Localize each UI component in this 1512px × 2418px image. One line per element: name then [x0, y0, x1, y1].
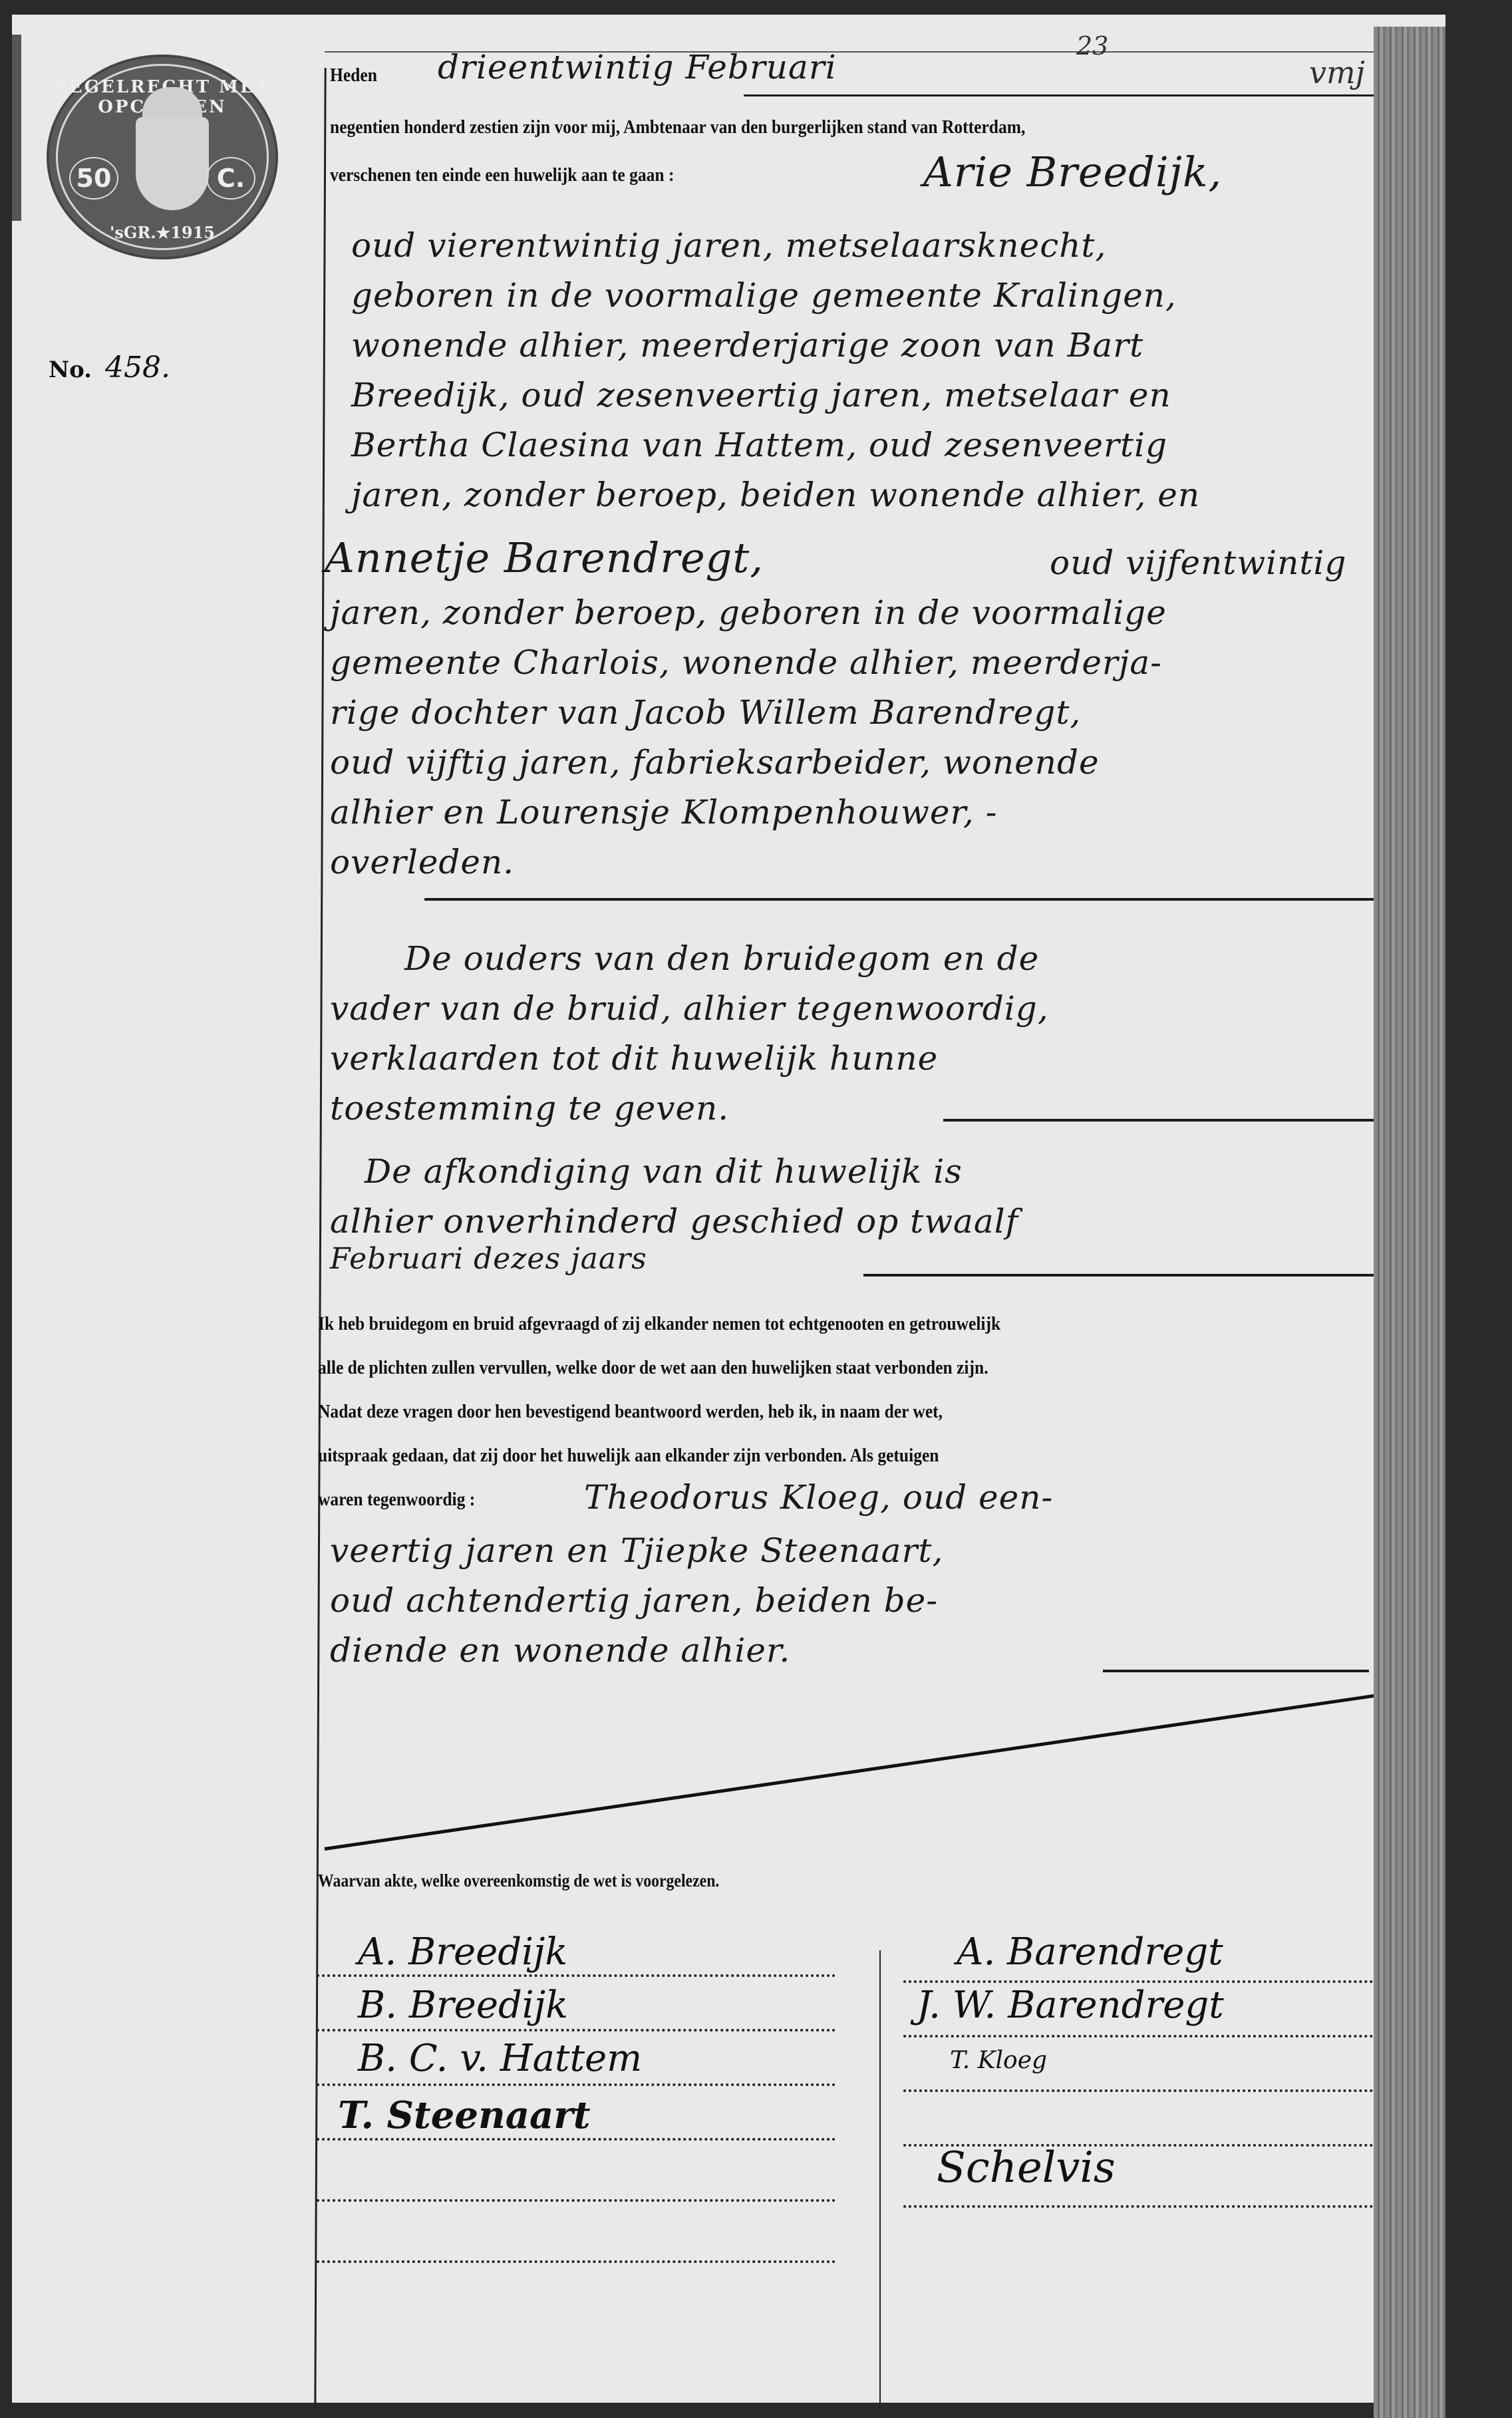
signature-groom-mother: B. C. v. Hattem	[358, 2037, 642, 2080]
hw-date: drieentwintig Februari	[438, 48, 837, 86]
margin-initials: vmj	[1309, 55, 1365, 90]
signature-line	[317, 2138, 835, 2141]
hw-line: verklaarden tot dit huwelijk hunne	[330, 1039, 938, 1078]
record-number-value: 458.	[105, 351, 170, 384]
stamp-value: 50	[69, 157, 118, 200]
groom-name: Arie Breedijk,	[923, 148, 1222, 196]
hw-line: toestemming te geven.	[330, 1089, 729, 1128]
signature-witness: T. Steenaart	[338, 2093, 591, 2137]
revenue-stamp: ZEGELRECHT MET OPCENTEN 50 C. 'sGR.★1915	[47, 55, 278, 259]
hw-line: Februari dezes jaars	[330, 1242, 647, 1276]
hw-date-note: 23	[1076, 31, 1108, 61]
hw-line: geboren in de voormalige gemeente Kralin…	[351, 276, 1177, 315]
printed-vow: Nadat deze vragen door hen bevestigend b…	[318, 1401, 943, 1423]
record-number-label: No.	[49, 357, 92, 383]
fill-rule	[424, 898, 1382, 901]
printed-closing: Waarvan akte, welke overeenkomstig de we…	[318, 1871, 719, 1891]
hw-line: alhier en Lourensje Klompenhouwer, -	[330, 793, 998, 831]
hw-line: Breedijk, oud zesenveertig jaren, metsel…	[351, 376, 1171, 414]
witness-line: Theodorus Kloeg, oud een-	[584, 1478, 1053, 1517]
hw-line: jaren, zonder beroep, geboren in de voor…	[330, 593, 1167, 632]
fill-rule	[1103, 1670, 1369, 1672]
witness-line: oud achtendertig jaren, beiden be-	[330, 1581, 938, 1620]
hw-line: De ouders van den bruidegom en de	[404, 939, 1039, 978]
printed-vow: alle de plichten zullen vervullen, welke…	[318, 1357, 988, 1379]
book-page-edges	[1374, 27, 1445, 2418]
hw-line: rige dochter van Jacob Willem Barendregt…	[330, 693, 1081, 732]
page-left-edge	[12, 35, 21, 221]
signature-line	[903, 2089, 1416, 2092]
bride-name: Annetje Barendregt,	[325, 533, 764, 582]
signature-bride: A. Barendregt	[957, 1930, 1223, 1974]
printed-witnesses-label: waren tegenwoordig :	[318, 1489, 475, 1511]
witness-line: veertig jaren en Tjiepke Steenaart,	[330, 1531, 943, 1570]
hw-line: alhier onverhinderd geschied op twaalf	[330, 1202, 1018, 1241]
diagonal-strike-line	[325, 1690, 1405, 1851]
margin-rule	[314, 68, 326, 2409]
hw-line: oud vierentwintig jaren, metselaarsknech…	[351, 226, 1106, 265]
hw-line: Bertha Claesina van Hattem, oud zesenvee…	[351, 426, 1167, 464]
stamp-footer: 'sGR.★1915	[49, 223, 275, 242]
fill-rule	[744, 94, 1416, 96]
signature-divider	[879, 1950, 881, 2409]
signature-line	[317, 2029, 835, 2032]
signature-bride-father: J. W. Barendregt	[917, 1984, 1224, 2027]
signature-line	[317, 1974, 835, 1977]
hw-line: oud vijfentwintig	[1050, 543, 1346, 582]
signature-line	[903, 2205, 1416, 2208]
fill-rule	[943, 1119, 1382, 1122]
signature-line	[903, 1980, 1416, 1983]
signature-line	[317, 2260, 835, 2263]
hw-line: wonende alhier, meerderjarige zoon van B…	[351, 326, 1143, 365]
signature-groom-father: B. Breedijk	[358, 1984, 568, 2027]
hw-line: gemeente Charlois, wonende alhier, meerd…	[330, 643, 1162, 682]
fill-rule	[863, 1274, 1416, 1277]
hw-line: oud vijftig jaren, fabrieksarbeider, won…	[330, 743, 1100, 782]
printed-vow: uitspraak gedaan, dat zij door het huwel…	[318, 1445, 939, 1467]
printed-vow: Ik heb bruidegom en bruid afgevraagd of …	[318, 1313, 1000, 1335]
signature-registrar: Schelvis	[937, 2143, 1116, 2192]
printed-heden: Heden	[330, 65, 377, 86]
signature-groom: A. Breedijk	[358, 1930, 567, 1974]
record-number: No.458.	[49, 351, 170, 384]
signature-line	[317, 2083, 835, 2086]
signature-witness: T. Kloeg	[950, 2047, 1047, 2074]
hw-line: De afkondiging van dit huwelijk is	[365, 1152, 963, 1191]
register-page: ZEGELRECHT MET OPCENTEN 50 C. 'sGR.★1915…	[12, 15, 1445, 2403]
signature-line	[903, 2035, 1416, 2038]
signature-line	[317, 2199, 835, 2202]
stamp-unit: C.	[206, 157, 255, 200]
printed-line2: negentien honderd zestien zijn voor mij,…	[330, 116, 1025, 138]
witness-line: diende en wonende alhier.	[330, 1631, 790, 1670]
hw-line: vader van de bruid, alhier tegenwoordig,	[330, 989, 1049, 1028]
coat-of-arms-icon	[136, 117, 209, 210]
printed-line3: verschenen ten einde een huwelijk aan te…	[330, 164, 674, 186]
hw-line: jaren, zonder beroep, beiden wonende alh…	[351, 476, 1200, 514]
hw-line: overleden.	[330, 843, 514, 881]
